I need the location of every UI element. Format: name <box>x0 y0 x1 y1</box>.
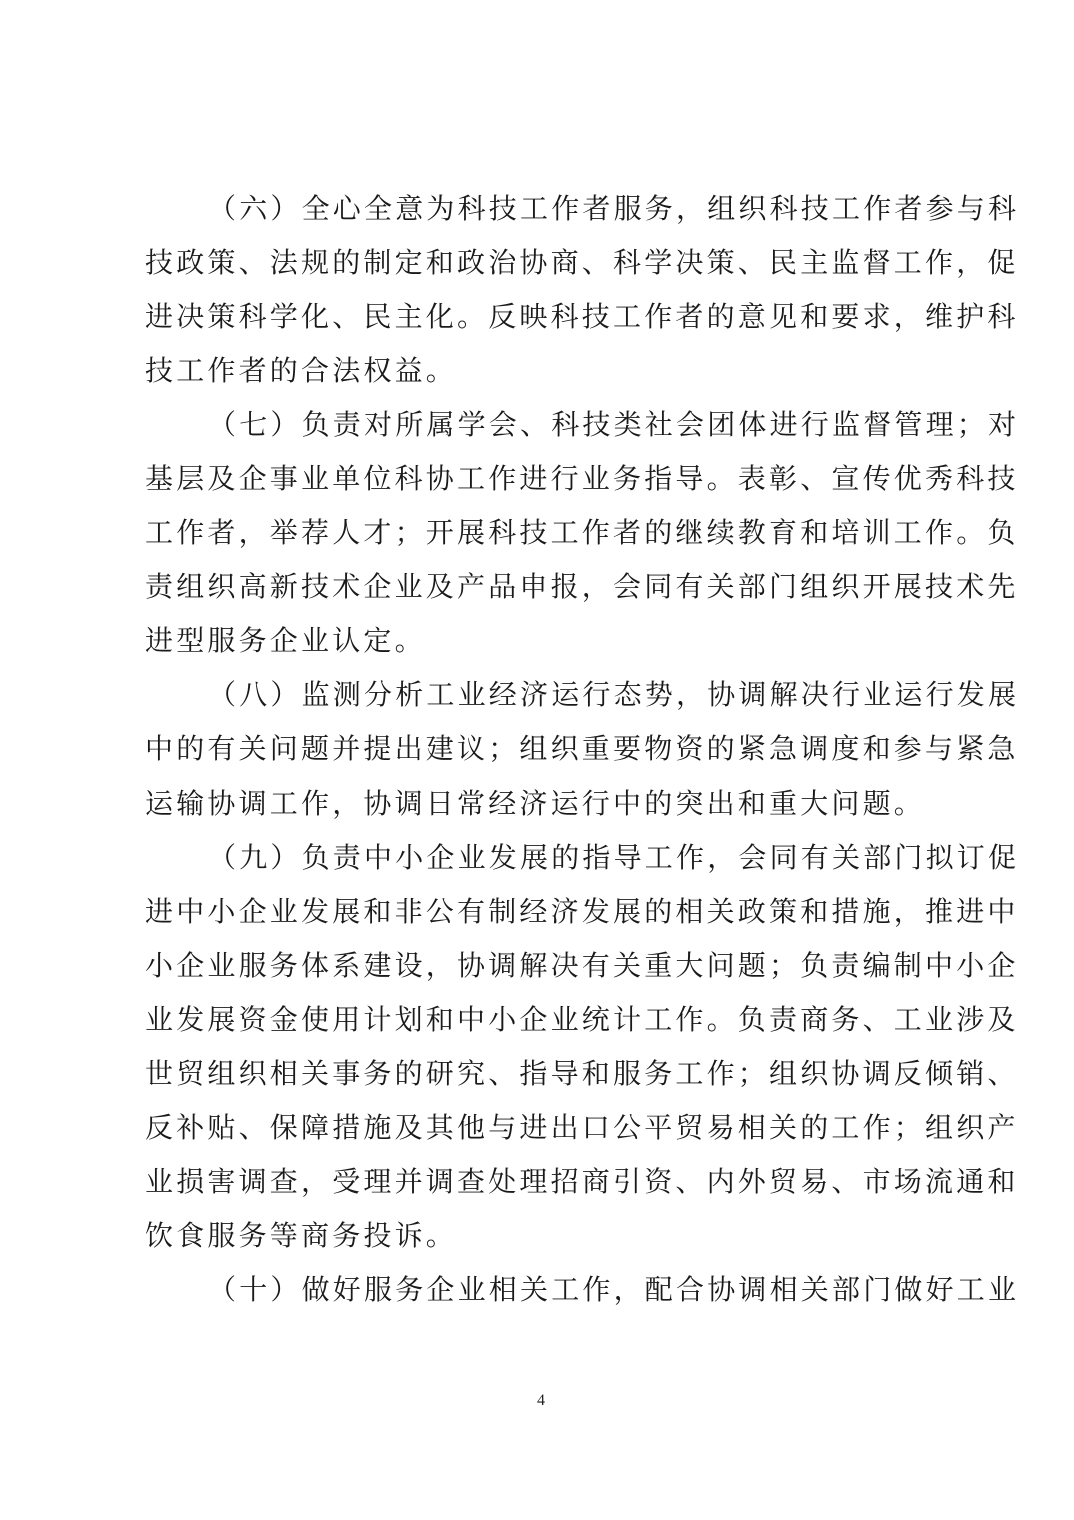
text-line: 中的有关问题并提出建议；组织重要物资的紧急调度和参与紧急 <box>145 722 940 776</box>
text-line: 进型服务企业认定。 <box>145 614 940 668</box>
paragraph-8: （八）监测分析工业经济运行态势，协调解决行业运行发展 中的有关问题并提出建议；组… <box>145 668 945 830</box>
text-line: 责组织高新技术企业及产品申报，会同有关部门组织开展技术先 <box>145 560 940 614</box>
text-line: （七）负责对所属学会、科技类社会团体进行监督管理；对 <box>145 398 940 452</box>
text-line: 工作者，举荐人才；开展科技工作者的继续教育和培训工作。负 <box>145 506 940 560</box>
text-line: 小企业服务体系建设，协调解决有关重大问题；负责编制中小企 <box>145 939 940 993</box>
paragraph-7: （七）负责对所属学会、科技类社会团体进行监督管理；对 基层及企事业单位科协工作进… <box>145 398 945 668</box>
text-line: （十）做好服务企业相关工作，配合协调相关部门做好工业 <box>145 1263 940 1317</box>
text-line: 反补贴、保障措施及其他与进出口公平贸易相关的工作；组织产 <box>145 1101 940 1155</box>
text-line: 饮食服务等商务投诉。 <box>145 1209 940 1263</box>
text-line: 技工作者的合法权益。 <box>145 344 940 398</box>
document-body: （六）全心全意为科技工作者服务，组织科技工作者参与科 技政策、法规的制定和政治协… <box>145 182 945 1317</box>
text-line: （六）全心全意为科技工作者服务，组织科技工作者参与科 <box>145 182 940 236</box>
paragraph-6: （六）全心全意为科技工作者服务，组织科技工作者参与科 技政策、法规的制定和政治协… <box>145 182 945 398</box>
text-line: 进中小企业发展和非公有制经济发展的相关政策和措施，推进中 <box>145 885 940 939</box>
text-line: 业损害调查，受理并调查处理招商引资、内外贸易、市场流通和 <box>145 1155 940 1209</box>
text-line: （九）负责中小企业发展的指导工作，会同有关部门拟订促 <box>145 831 940 885</box>
document-page: （六）全心全意为科技工作者服务，组织科技工作者参与科 技政策、法规的制定和政治协… <box>0 0 1074 1520</box>
text-line: 世贸组织相关事务的研究、指导和服务工作；组织协调反倾销、 <box>145 1047 940 1101</box>
text-line: 进决策科学化、民主化。反映科技工作者的意见和要求，维护科 <box>145 290 940 344</box>
page-number: 4 <box>0 1392 1074 1410</box>
text-line: 基层及企事业单位科协工作进行业务指导。表彰、宣传优秀科技 <box>145 452 940 506</box>
text-line: 运输协调工作，协调日常经济运行中的突出和重大问题。 <box>145 777 940 831</box>
paragraph-9: （九）负责中小企业发展的指导工作，会同有关部门拟订促 进中小企业发展和非公有制经… <box>145 831 945 1263</box>
paragraph-10: （十）做好服务企业相关工作，配合协调相关部门做好工业 <box>145 1263 945 1317</box>
text-line: 业发展资金使用计划和中小企业统计工作。负责商务、工业涉及 <box>145 993 940 1047</box>
text-line: 技政策、法规的制定和政治协商、科学决策、民主监督工作，促 <box>145 236 940 290</box>
text-line: （八）监测分析工业经济运行态势，协调解决行业运行发展 <box>145 668 940 722</box>
